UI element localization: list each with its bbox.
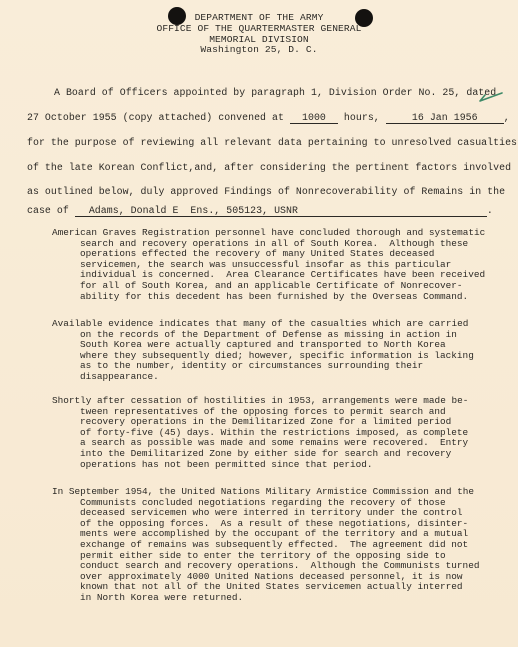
hours-field: 1000 bbox=[290, 112, 338, 124]
paragraph-search-operations: American Graves Registration personnel h… bbox=[52, 228, 485, 302]
intro-line-5: as outlined below, duly approved Finding… bbox=[27, 186, 505, 197]
paragraph-available-evidence: Available evidence indicates that many o… bbox=[52, 319, 474, 383]
intro-line-4: of the late Korean Conflict,and, after c… bbox=[27, 162, 511, 173]
intro-line-2: 27 October 1955 (copy attached) convened… bbox=[27, 112, 510, 124]
intro-line-6: case of Adams, Donald E Ens., 505123, US… bbox=[27, 205, 493, 217]
date-field: 16 Jan 1956 bbox=[386, 112, 504, 124]
document-page: DEPARTMENT OF THE ARMY OFFICE OF THE QUA… bbox=[0, 0, 518, 647]
paragraph-armistice-commission: In September 1954, the United Nations Mi… bbox=[52, 487, 479, 604]
intro-line-3: for the purpose of reviewing all relevan… bbox=[27, 137, 517, 148]
letterhead-address: Washington 25, D. C. bbox=[0, 45, 518, 56]
case-field: Adams, Donald E Ens., 505123, USNR bbox=[75, 205, 487, 217]
letterhead-office: OFFICE OF THE QUARTERMASTER GENERAL bbox=[0, 24, 518, 35]
letterhead: DEPARTMENT OF THE ARMY OFFICE OF THE QUA… bbox=[0, 13, 518, 56]
intro-line-1: A Board of Officers appointed by paragra… bbox=[54, 87, 496, 98]
check-mark-icon bbox=[478, 90, 504, 104]
paragraph-demilitarized-zone: Shortly after cessation of hostilities i… bbox=[52, 396, 468, 470]
